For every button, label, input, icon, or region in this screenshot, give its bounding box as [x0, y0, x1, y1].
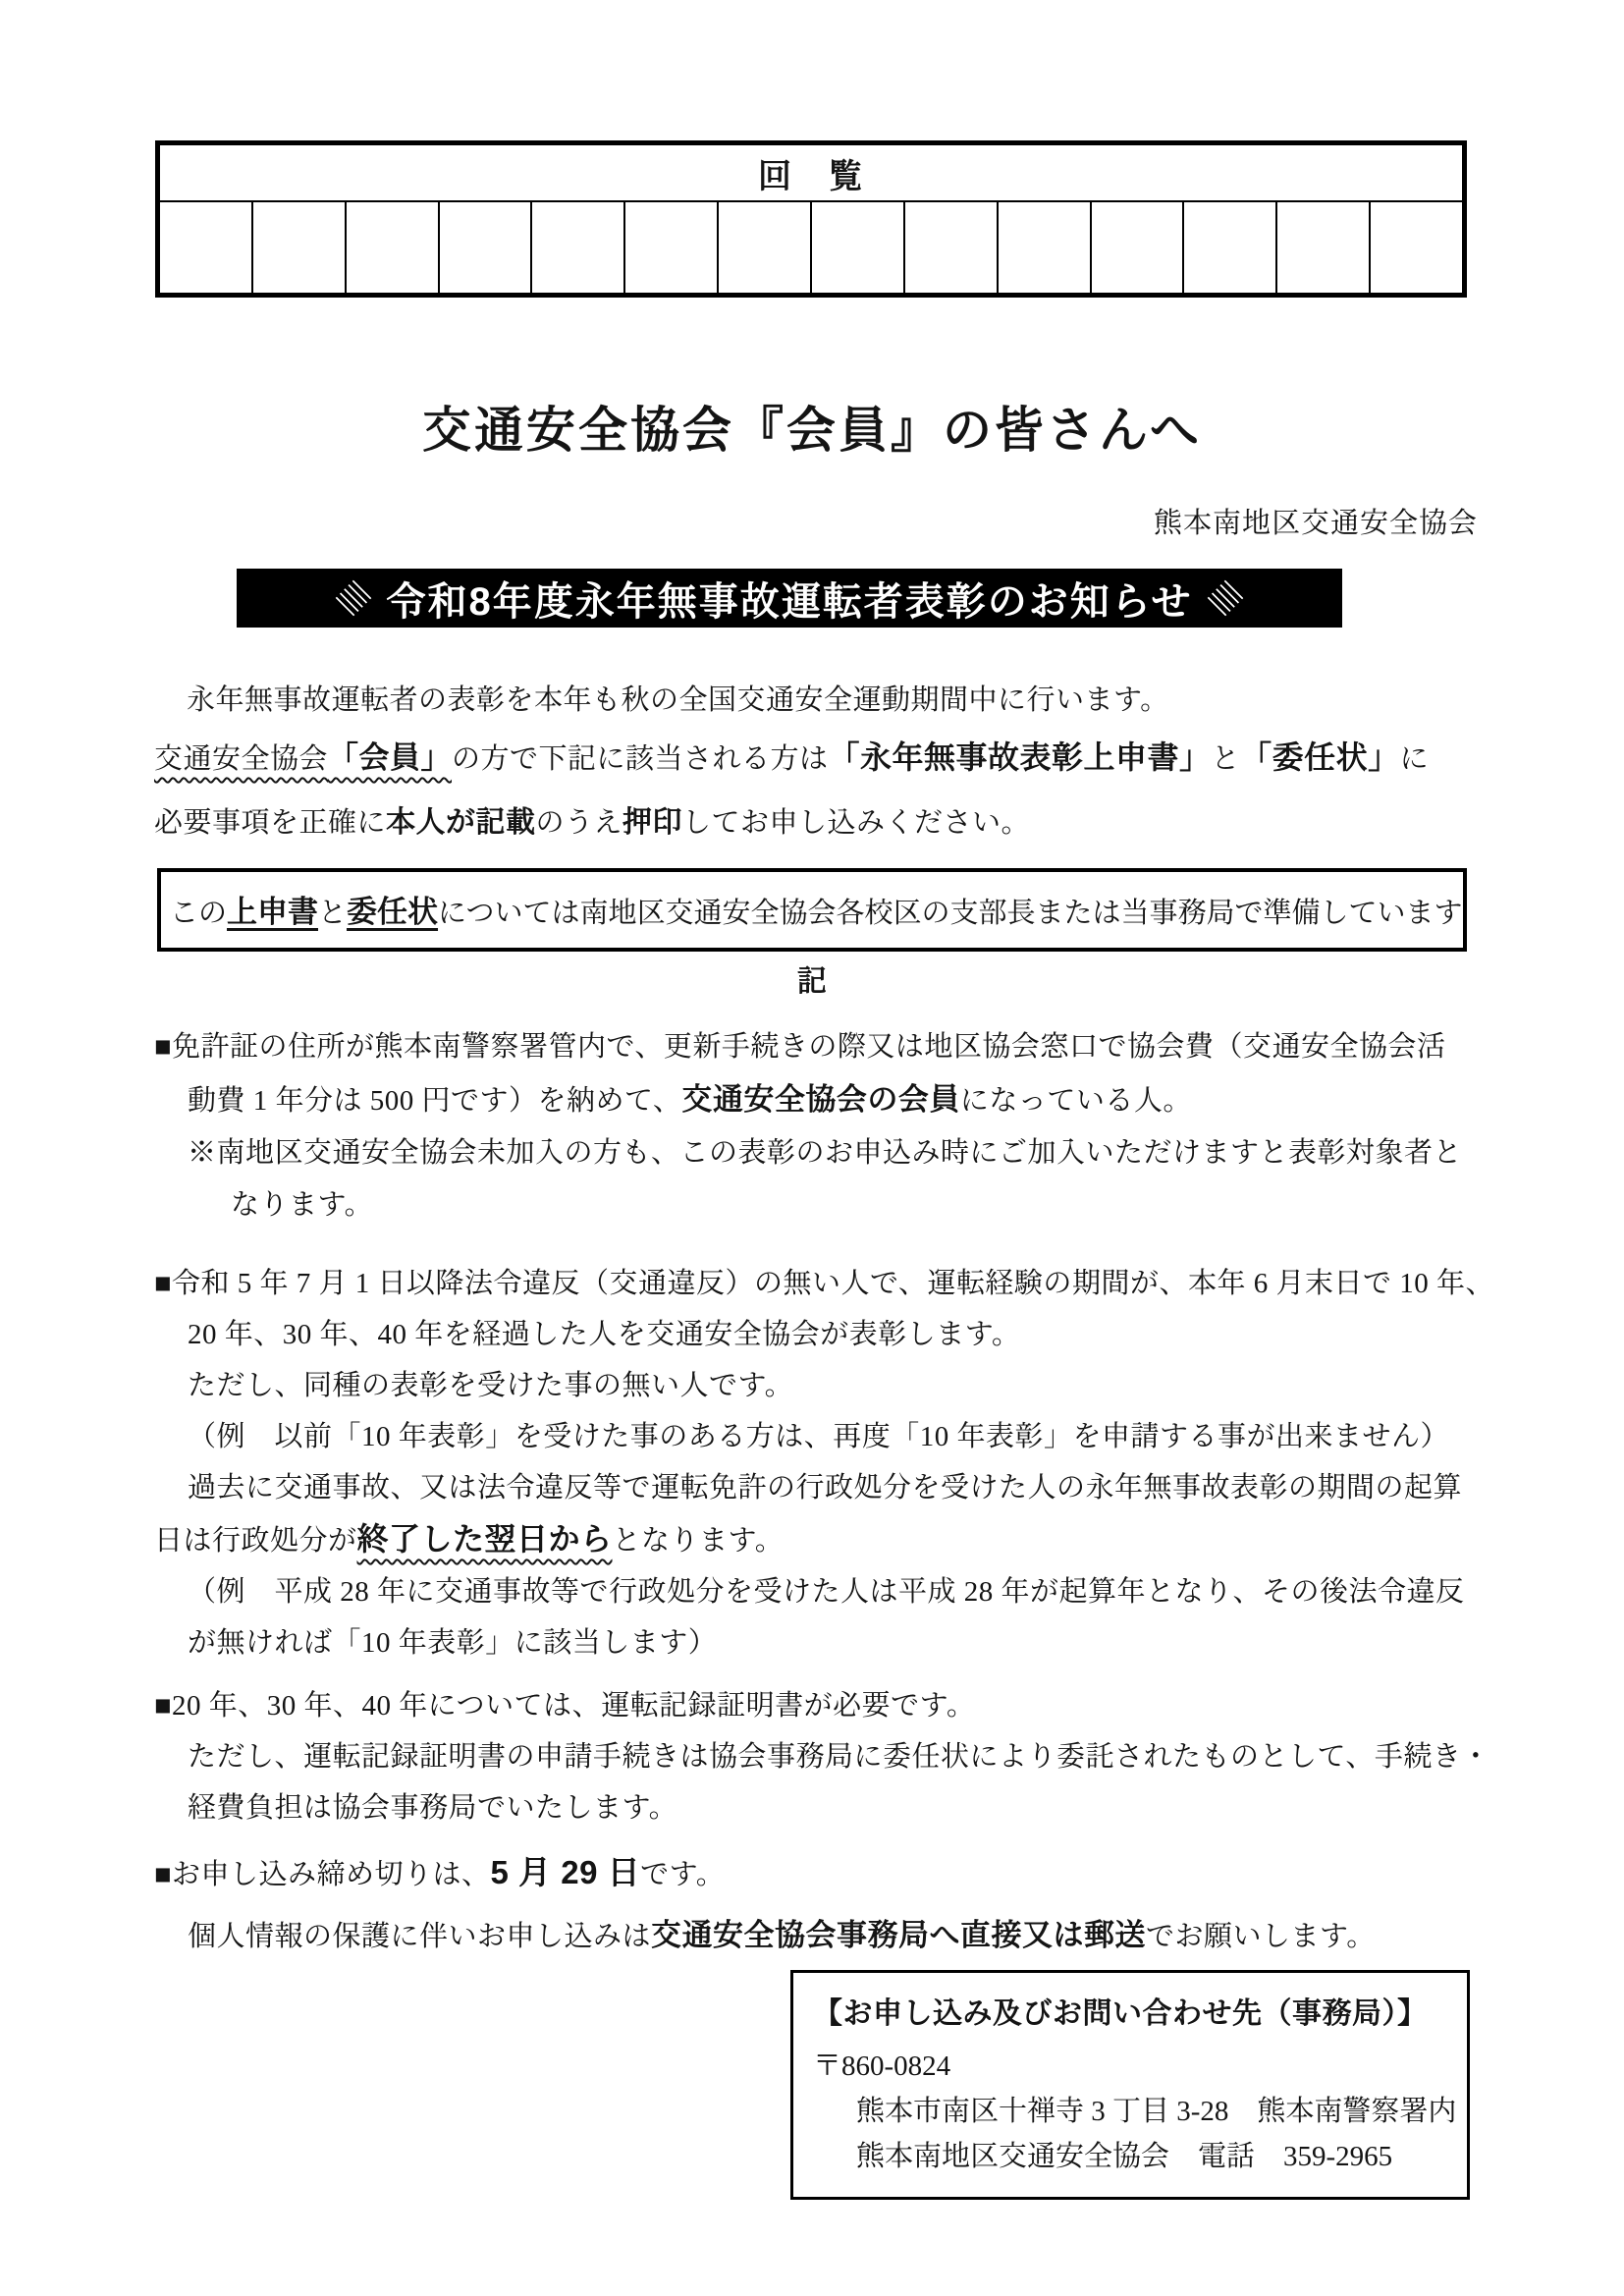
kairan-cell: [160, 202, 251, 293]
section-line: （例 平成 28 年に交通事故等で行政処分を受けた人は平成 28 年が起算年とな…: [188, 1566, 1494, 1617]
text-segment: となります。: [613, 1525, 785, 1557]
seal-emphasis: 押印: [623, 806, 682, 839]
member-emphasis: 「会員」: [328, 740, 452, 775]
text-segment: になっている人。: [960, 1085, 1192, 1117]
kairan-cell: [1090, 202, 1183, 293]
page-title: 交通安全協会『会員』の皆さんへ: [0, 391, 1624, 462]
text-segment: 個人情報の保護に伴いお申し込みは: [188, 1921, 651, 1952]
circulation-table: 回 覧: [155, 140, 1467, 298]
text-segment: ■お申し込み締め切りは、: [154, 1859, 491, 1890]
text-segment: に: [1400, 743, 1430, 775]
organization-name: 熊本南地区交通安全協会: [1154, 501, 1478, 541]
text-segment: です。: [640, 1859, 725, 1890]
text-segment: でお願いします。: [1146, 1921, 1376, 1952]
section-line: 20 年、30 年、40 年を経過した人を交通安全協会が表彰します。: [188, 1309, 1494, 1360]
contact-postal-code: 〒860-0824: [813, 2044, 1449, 2089]
text-segment: 日は行政処分が: [154, 1525, 357, 1557]
section-deadline: ■お申し込み締め切りは、5 月 29 日です。 個人情報の保護に伴いお申し込みは…: [154, 1842, 1376, 1967]
announcement-banner: 令和8年度永年無事故運転者表彰のお知らせ: [237, 569, 1342, 628]
kairan-cell: [810, 202, 903, 293]
text-segment: 必要事項を正確に: [154, 807, 386, 839]
scanned-notice-page: { "colors": { "paper": "#ffffff", "ink":…: [0, 0, 1624, 2296]
section-line: 動費 1 年分は 500 円です）を納めて、交通安全協会の会員になっている人。: [188, 1073, 1462, 1127]
member-wavy-phrase: 交通安全協会「会員」: [154, 743, 452, 775]
section-requirements: ■令和 5 年 7 月 1 日以降法令違反（交通違反）の無い人で、運転経験の期間…: [154, 1258, 1494, 1668]
contact-box-header: 【お申し込み及びお問い合わせ先（事務局）】: [813, 1989, 1449, 2032]
section-line: （例 以前「10 年表彰」を受けた事のある方は、再度「10 年表彰」を申請する事…: [188, 1411, 1494, 1462]
announcement-banner-title: 令和8年度永年無事故運転者表彰のお知らせ: [386, 571, 1192, 627]
proxy-form-emphasis: 「委任状」: [1240, 739, 1400, 775]
section-membership: ■免許証の住所が熊本南警察署管内で、更新手続きの際又は地区協会窓口で協会費（交通…: [154, 1021, 1462, 1231]
deadline-date-emphasis: 5 月 29 日: [491, 1854, 641, 1890]
text-segment: してお申し込みください。: [682, 807, 1030, 839]
kairan-cell: [903, 202, 997, 293]
submission-method-emphasis: 交通安全協会事務局へ直接又は郵送: [651, 1918, 1146, 1952]
kairan-cell: [438, 202, 531, 293]
section-line: ただし、同種の表彰を受けた事の無い人です。: [188, 1360, 1494, 1411]
text-segment: のうえ: [536, 807, 623, 839]
section-line: ■免許証の住所が熊本南警察署管内で、更新手続きの際又は地区協会窓口で協会費（交通…: [154, 1021, 1462, 1073]
ki-marker: 記: [0, 957, 1624, 1000]
section-line: なります。: [231, 1179, 1462, 1231]
association-member-emphasis: 交通安全協会の会員: [681, 1082, 960, 1117]
form-name-emphasis: 上申書: [227, 895, 318, 929]
text-segment: と: [1212, 743, 1241, 775]
application-form-emphasis: 「永年無事故表彰上申書」: [829, 739, 1212, 775]
hatched-diamond-icon: [336, 580, 372, 617]
text-segment: と: [318, 898, 347, 929]
section-line: ■令和 5 年 7 月 1 日以降法令違反（交通違反）の無い人で、運転経験の期間…: [154, 1258, 1494, 1309]
kairan-cell: [623, 202, 717, 293]
next-day-start-emphasis: 終了した翌日から: [357, 1521, 613, 1557]
contact-org-phone: 熊本南地区交通安全協会 電話 359-2965: [856, 2134, 1449, 2179]
kairan-cell: [251, 202, 345, 293]
section-line: ※南地区交通安全協会未加入の方も、この表彰のお申込み時にご加入いただけますと表彰…: [188, 1127, 1462, 1179]
kairan-cell: [1369, 202, 1462, 293]
kairan-cell: [1182, 202, 1275, 293]
section-line: ただし、運転記録証明書の申請手続きは協会事務局に委任状により委託されたものとして…: [188, 1731, 1490, 1782]
section-line: 個人情報の保護に伴いお申し込みは交通安全協会事務局へ直接又は郵送でお願いします。: [188, 1905, 1376, 1967]
self-entry-emphasis: 本人が記載: [386, 806, 536, 839]
text-segment: 動費 1 年分は 500 円です）を納めて、: [188, 1085, 681, 1117]
section-line: 過去に交通事故、又は法令違反等で運転免許の行政処分を受けた人の永年無事故表彰の期…: [188, 1462, 1494, 1513]
kairan-cell: [530, 202, 623, 293]
kairan-cell-row: [160, 202, 1462, 293]
intro-paragraph-1: 永年無事故運転者の表彰を本年も秋の全国交通安全運動期間中に行います。: [187, 678, 1169, 718]
contact-address: 熊本市南区十禅寺 3 丁目 3-28 熊本南警察署内: [856, 2089, 1449, 2134]
kairan-cell: [345, 202, 438, 293]
section-line: ■20 年、30 年、40 年については、運転記録証明書が必要です。: [154, 1680, 1490, 1731]
kairan-cell: [1275, 202, 1369, 293]
text-segment: については南地区交通安全協会各校区の支部長または当事務局で準備しています: [438, 898, 1462, 929]
section-line: ■お申し込み締め切りは、5 月 29 日です。: [154, 1842, 1376, 1905]
hatched-diamond-icon: [1207, 580, 1243, 617]
text-segment: の方で下記に該当される方は: [452, 743, 829, 775]
intro-paragraph-3: 必要事項を正確に本人が記載のうえ押印してお申し込みください。: [154, 797, 1030, 841]
proxy-name-emphasis: 委任状: [347, 895, 438, 929]
kairan-cell: [717, 202, 810, 293]
section-line: が無ければ「10 年表彰」に該当します）: [188, 1617, 1494, 1668]
section-line: 日は行政処分が終了した翌日からとなります。: [154, 1513, 1494, 1566]
section-line: 経費負担は協会事務局でいたします。: [188, 1782, 1490, 1833]
text-segment: この: [170, 898, 227, 929]
kairan-cell: [997, 202, 1090, 293]
forms-availability-box: この上申書と委任状については南地区交通安全協会各校区の支部長または当事務局で準備…: [157, 868, 1467, 952]
contact-box: 【お申し込み及びお問い合わせ先（事務局）】 〒860-0824 熊本市南区十禅寺…: [790, 1970, 1470, 2200]
text-segment: 交通安全協会: [154, 743, 328, 775]
circulation-table-header: 回 覧: [160, 145, 1462, 202]
intro-paragraph-2: 交通安全協会「会員」の方で下記に該当される方は「永年無事故表彰上申書」と「委任状…: [154, 733, 1429, 778]
section-certificate: ■20 年、30 年、40 年については、運転記録証明書が必要です。 ただし、運…: [154, 1680, 1490, 1833]
